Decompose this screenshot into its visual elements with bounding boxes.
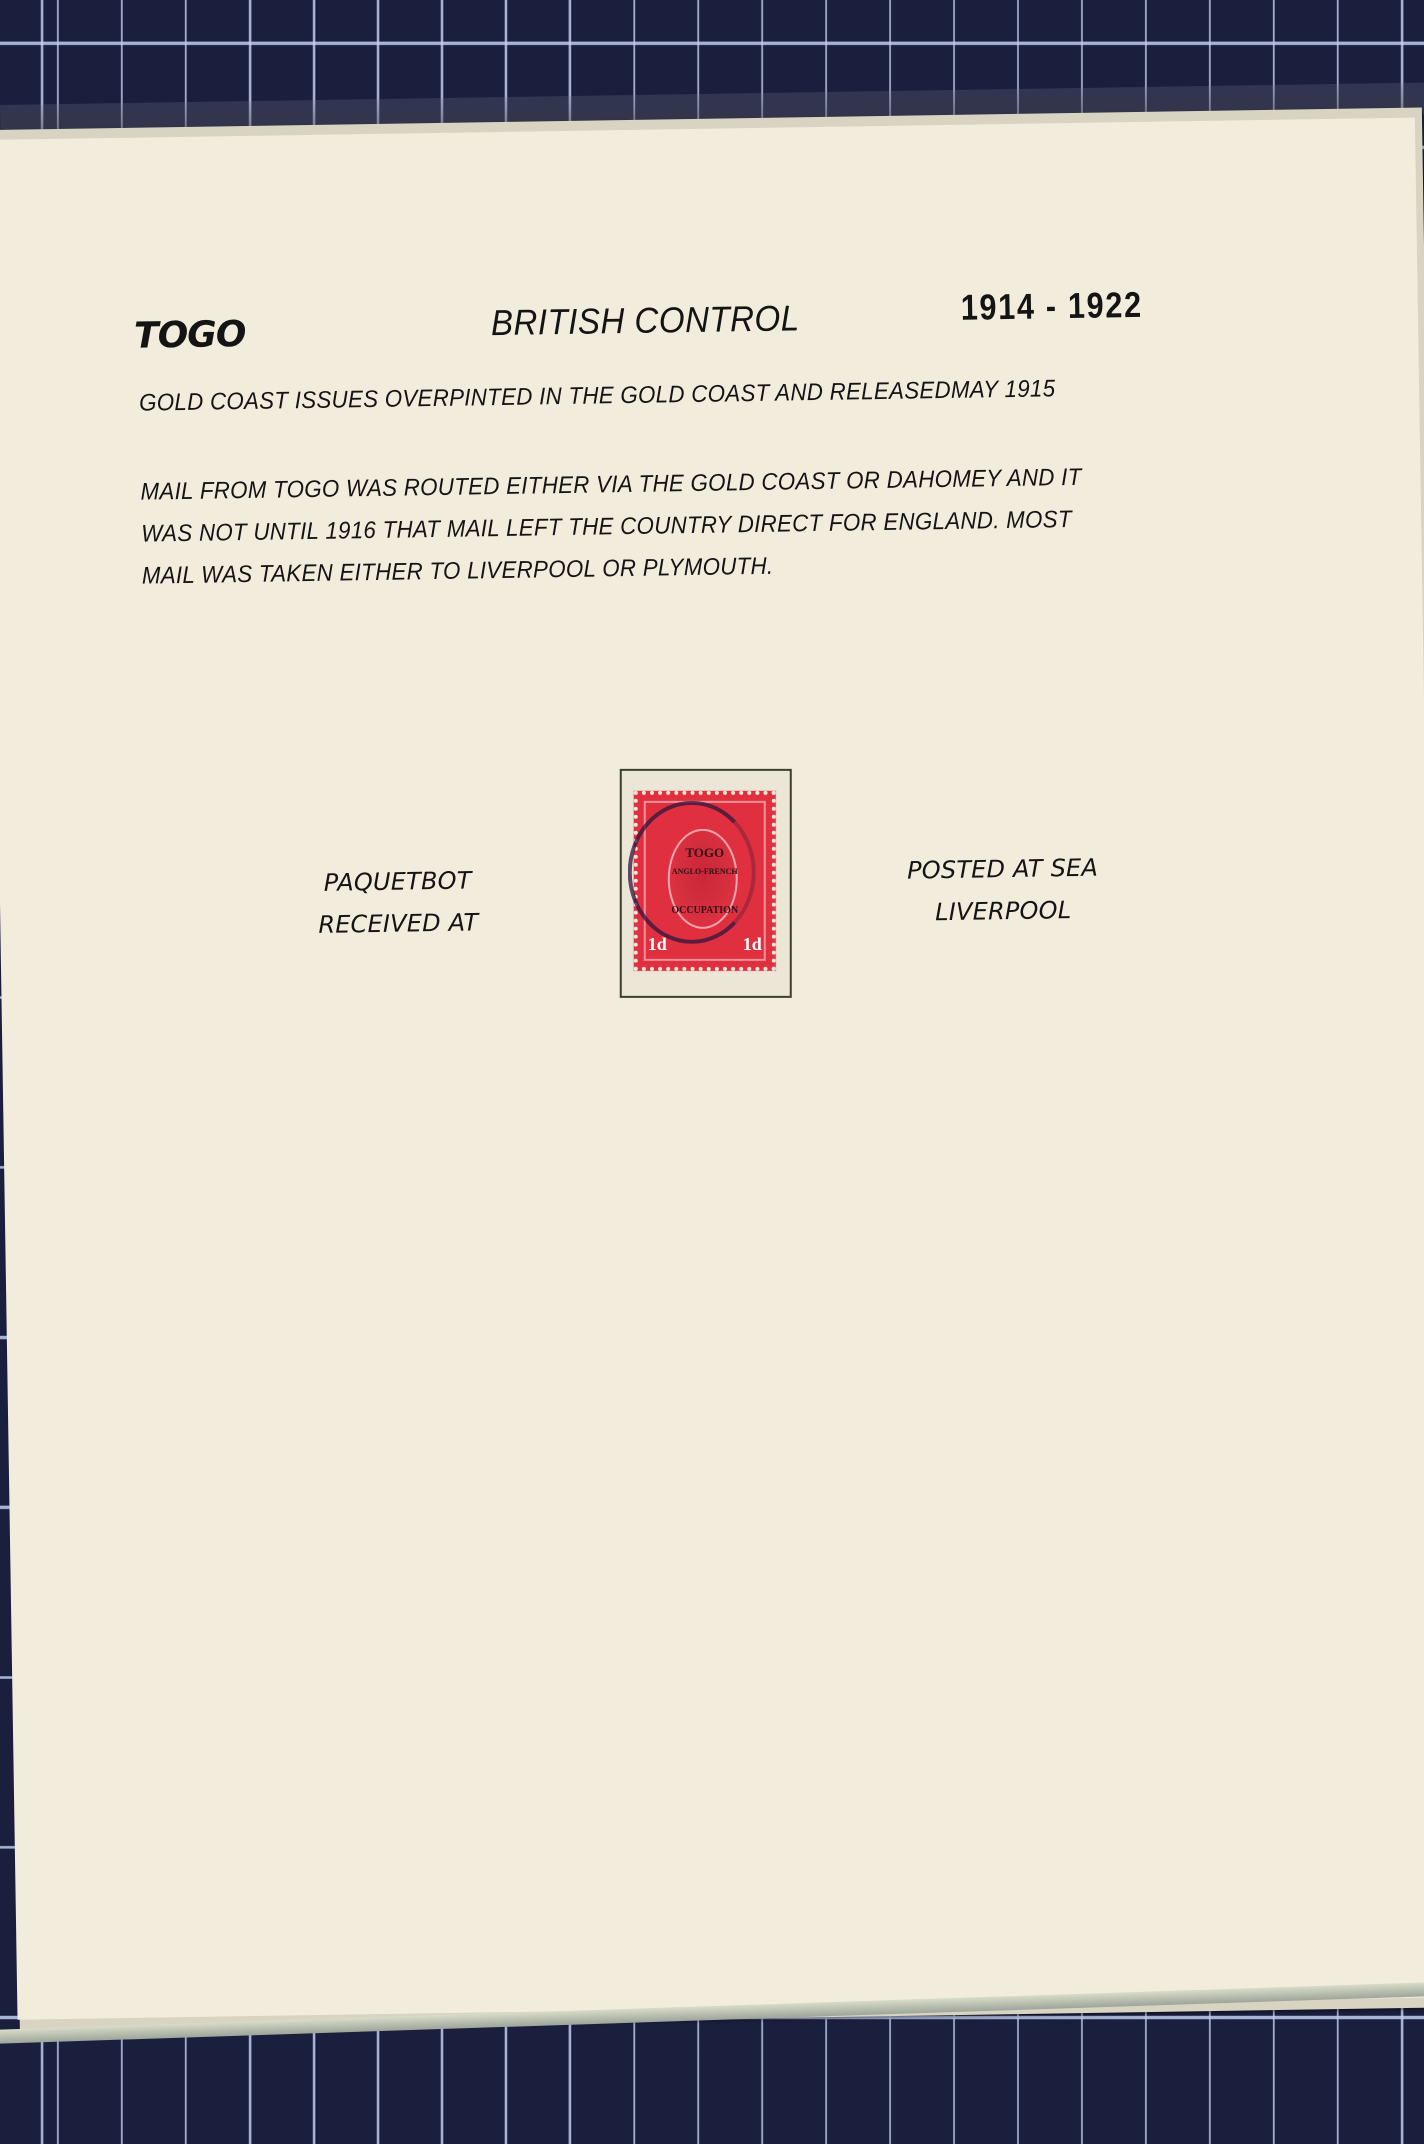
description-text: MAIL FROM TOGO WAS ROUTED EITHER VIA THE… <box>140 457 1083 598</box>
right-caption: POSTED AT SEA LIVERPOOL <box>882 846 1123 934</box>
header-title: BRITISH CONTROL <box>491 297 800 344</box>
page-content: TOGO BRITISH CONTROL 1914 - 1922 GOLD CO… <box>0 118 1424 2020</box>
left-caption: PAQUETBOT RECEIVED AT <box>282 859 513 947</box>
header-country: TOGO <box>134 314 246 357</box>
right-caption-line: POSTED AT SEA <box>882 846 1123 892</box>
right-caption-line: LIVERPOOL <box>883 888 1124 934</box>
stamp-value: 1d <box>743 934 762 955</box>
postmark-icon <box>628 801 756 944</box>
stamp-mount: TOGO ANGLO-FRENCH OCCUPATION 1d 1d <box>620 769 792 998</box>
left-caption-line: RECEIVED AT <box>283 901 514 947</box>
intro-text: GOLD COAST ISSUES OVERPINTED IN THE GOLD… <box>139 375 1056 417</box>
header-dates: 1914 - 1922 <box>960 284 1143 329</box>
left-caption-line: PAQUETBOT <box>282 859 513 905</box>
stamp: TOGO ANGLO-FRENCH OCCUPATION 1d 1d <box>634 791 776 971</box>
album-page: TOGO BRITISH CONTROL 1914 - 1922 GOLD CO… <box>0 118 1424 2020</box>
